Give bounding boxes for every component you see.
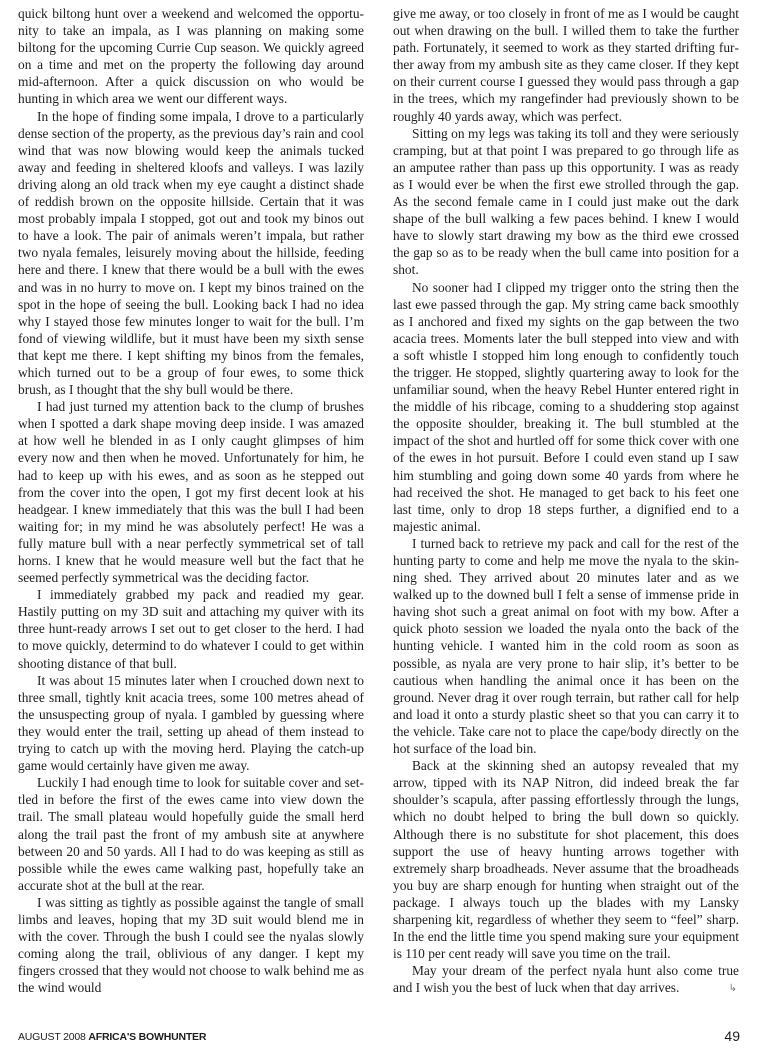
paragraph: I turned back to retrieve my pack and ca… xyxy=(393,535,739,757)
paragraph: Luckily I had enough time to look for su… xyxy=(18,774,364,894)
page-number: 49 xyxy=(724,1028,740,1044)
paragraph: quick biltong hunt over a weekend and we… xyxy=(18,5,364,108)
paragraph: Back at the skinning shed an autopsy rev… xyxy=(393,757,739,962)
end-of-article-icon: ↳ xyxy=(710,980,737,997)
paragraph: No sooner had I clipped my trigger onto … xyxy=(393,279,739,535)
paragraph: It was about 15 minutes later when I cro… xyxy=(18,672,364,775)
footer-publication: AUGUST 2008 AFRICA'S BOWHUNTER xyxy=(18,1031,206,1043)
footer-magazine-name: AFRICA'S BOWHUNTER xyxy=(88,1031,206,1043)
paragraph: I was sitting as tightly as possible aga… xyxy=(18,894,364,997)
paragraph-final-text: May your dream of the perfect nyala hunt… xyxy=(393,963,739,995)
paragraph: Sitting on my legs was taking its toll a… xyxy=(393,125,739,279)
paragraph: In the hope of finding some impala, I dr… xyxy=(18,108,364,399)
paragraph: give me away, or too closely in front of… xyxy=(393,5,739,125)
paragraph-final: May your dream of the perfect nyala hunt… xyxy=(393,962,739,996)
footer-issue-date: AUGUST 2008 xyxy=(18,1031,86,1043)
article-column-left: quick biltong hunt over a weekend and we… xyxy=(18,5,364,996)
article-column-right: give me away, or too closely in front of… xyxy=(393,5,739,997)
paragraph: I had just turned my attention back to t… xyxy=(18,398,364,586)
paragraph: I immediately grabbed my pack and readie… xyxy=(18,586,364,671)
